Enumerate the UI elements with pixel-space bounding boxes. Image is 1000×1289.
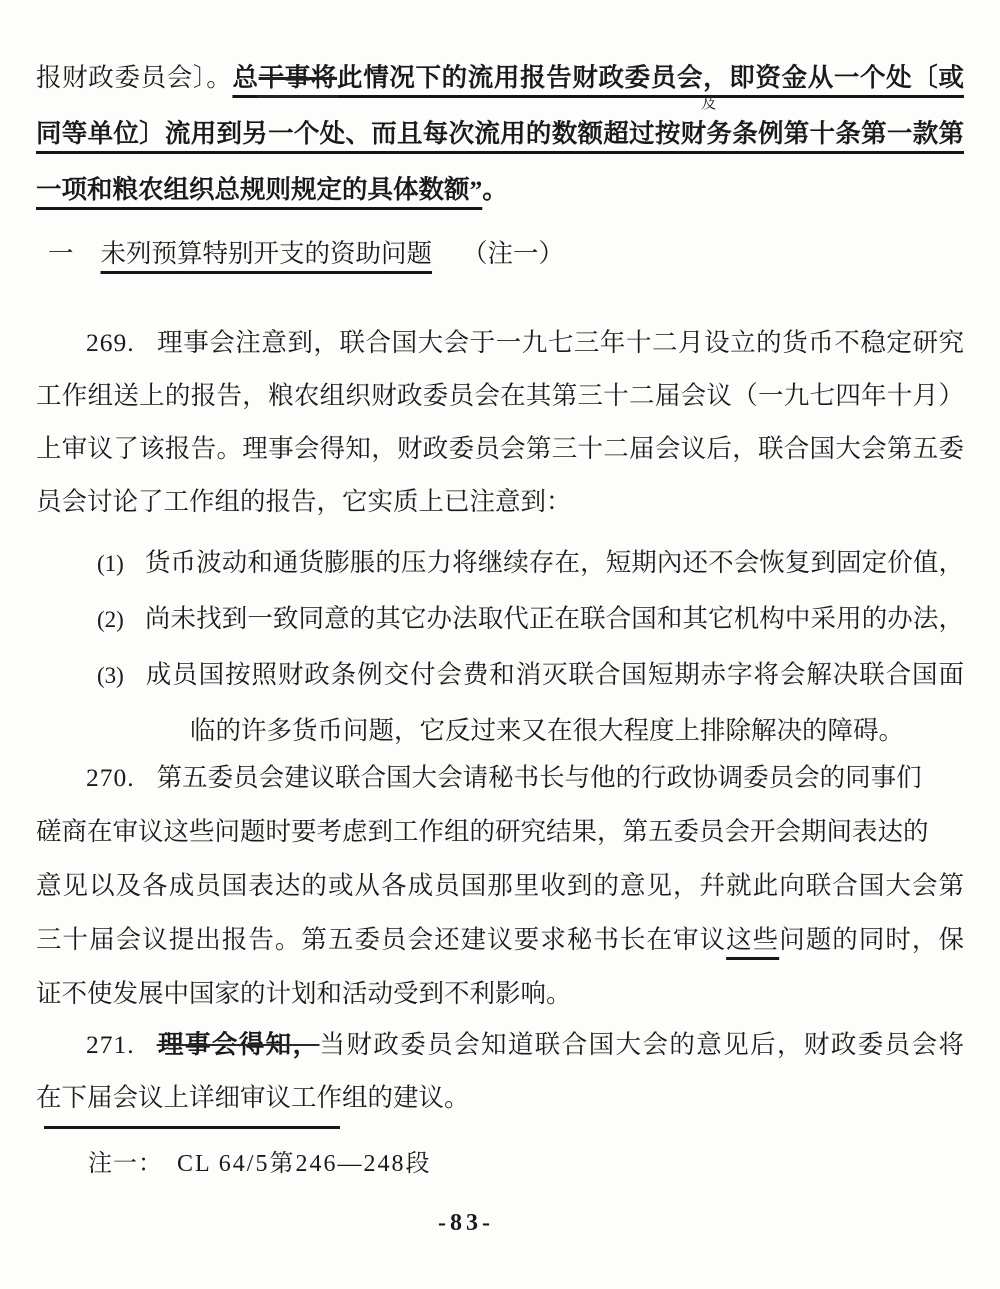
text-line: 工作组送上的报告，粮农组织财政委员会在其第三十二届会议（一九七四年十月）	[36, 369, 964, 422]
list-item: (2)尚未找到一致同意的其它办法取代正在联合国和其它机构中采用的办法，	[36, 591, 964, 647]
paragraph-number: 269.	[86, 328, 135, 357]
underlined-text: 此情况下的流用报告财政委员会，即资金从一个处〔或	[337, 63, 964, 92]
handwritten-annotation: 及	[701, 92, 716, 113]
text-segment: 理事会注意到，联合国大会于一九七三年十二月设立的货币不稳定研究	[157, 328, 964, 357]
text-segment: 在下届会议上详细审议工作组的建议。	[36, 1083, 470, 1112]
underlined-struck-text: 干事将	[259, 63, 337, 92]
paragraph-271: 271.理事会得知，当财政委员会知道联合国大会的意见后，财政委员会将 在下届会议…	[36, 1018, 964, 1124]
section-heading: 一未列预算特别开支的资助问题（注一）	[36, 226, 964, 282]
footnote-reference: （注一）	[462, 239, 564, 268]
text-line: 同等单位〕流用到另一个处、而且每次流用的数额超过按财务条例第十条第一款第	[36, 106, 964, 162]
paragraph-270: 270.第五委员会建议联合国大会请秘书长与他的行政协调委员会的同事们 磋商在审议…	[36, 751, 964, 1021]
list-item: (1)货币波动和通货膨脹的压力将继续存在，短期內还不会恢复到固定价值，	[36, 535, 964, 591]
text-segment: 证不使发展中国家的计划和活动受到不利影响。	[36, 979, 572, 1008]
underlined-text: 这些	[726, 925, 779, 954]
list-item-marker: (3)	[97, 663, 124, 688]
text-line: 上审议了该报告。理事会得知，财政委员会第三十二届会议后，联合国大会第五委	[36, 422, 964, 475]
underlined-text: 总	[232, 63, 258, 92]
text-line: 磋商在审议这些问题时要考虑到工作组的研究结果，第五委员会开会期间表达的	[36, 805, 964, 859]
footnote-separator	[44, 1126, 340, 1129]
paragraph-number: 270.	[86, 763, 135, 792]
text-segment: 第五委员会建议联合国大会请秘书长与他的行政协调委员会的同事们	[157, 763, 922, 792]
text-segment: 工作组送上的报告，粮农组织财政委员会在其第三十二届会议（一九七四年十月）	[36, 381, 964, 410]
footnote: 注一：CL 64/5第246—248段	[88, 1144, 431, 1184]
text-line: 报财政委员会〕。总干事将此情况下的流用报告财政委员会，即资金从一个处〔或	[36, 50, 964, 106]
text-segment: 磋商在审议这些问题时要考虑到工作组的研究结果，第五委员会开会期间表达的	[36, 817, 929, 846]
underlined-text: 同等单位〕流用到另一个处、而且每次流用的数额超过按财务条例第十条第一款第	[36, 119, 964, 148]
text-line: 270.第五委员会建议联合国大会请秘书长与他的行政协调委员会的同事们	[36, 751, 964, 805]
struck-text: 理事会得知，	[157, 1030, 320, 1059]
list-item-marker: (2)	[97, 607, 124, 632]
page-number: -83-	[378, 1210, 554, 1237]
footnote-label: 注一：	[88, 1151, 163, 1177]
text-segment: 成员国按照财政条例交付会费和消灭联合国短期赤字将会解决联合国面	[145, 660, 964, 689]
text-segment: 员会讨论了工作组的报告，它实质上已注意到：	[36, 487, 572, 516]
text-line: 三十届会议提出报告。第五委员会还建议要求秘书长在审议这些问题的同时，保	[36, 913, 964, 967]
text-segment: 尚未找到一致同意的其它办法取代正在联合国和其它机构中采用的办法，	[145, 604, 964, 633]
text-line: 证不使发展中国家的计划和活动受到不利影响。	[36, 967, 964, 1021]
text-segment: 问题的同时，保	[779, 925, 964, 954]
underlined-text: 一项和粮农组织总规则规定的具体数额”	[36, 175, 482, 204]
heading-title: 未列预算特别开支的资助问题	[101, 239, 433, 268]
text-line: 员会讨论了工作组的报告，它实质上已注意到：	[36, 475, 964, 528]
list-item-marker: (1)	[97, 551, 124, 576]
heading-line: 一未列预算特别开支的资助问题（注一）	[36, 226, 964, 282]
text-line: 271.理事会得知，当财政委员会知道联合国大会的意见后，财政委员会将	[36, 1018, 964, 1071]
list-item-continuation: 临的许多货币问题，它反过来又在很大程度上排除解决的障碍。	[36, 703, 964, 758]
document-page: 报财政委员会〕。总干事将此情况下的流用报告财政委员会，即资金从一个处〔或 同等单…	[0, 0, 1000, 1289]
text-segment: 临的许多货币问题，它反过来又在很大程度上排除解决的障碍。	[190, 716, 904, 745]
paragraph-269: 269.理事会注意到，联合国大会于一九七三年十二月设立的货币不稳定研究 工作组送…	[36, 316, 964, 528]
paragraph-intro: 报财政委员会〕。总干事将此情况下的流用报告财政委员会，即资金从一个处〔或 同等单…	[36, 50, 964, 218]
text-segment: 意见以及各成员国表达的或从各成员国那里收到的意见，幷就此向联合国大会第	[36, 871, 964, 900]
list-item: (3)成员国按照财政条例交付会费和消灭联合国短期赤字将会解决联合国面	[36, 647, 964, 703]
heading-marker: 一	[48, 239, 74, 268]
footnote-text: CL 64/5第246—248段	[177, 1151, 431, 1177]
text-segment: 三十届会议提出报告。第五委员会还建议要求秘书长在审议	[36, 925, 726, 954]
paragraph-number: 271.	[86, 1030, 135, 1059]
text-line: 在下届会议上详细审议工作组的建议。	[36, 1071, 964, 1124]
findings-list: (1)货币波动和通货膨脹的压力将继续存在，短期內还不会恢复到固定价值， (2)尚…	[36, 535, 964, 758]
text-line: 意见以及各成员国表达的或从各成员国那里收到的意见，幷就此向联合国大会第	[36, 859, 964, 913]
text-segment: 上审议了该报告。理事会得知，财政委员会第三十二届会议后，联合国大会第五委	[36, 434, 964, 463]
text-segment: 。	[482, 175, 508, 204]
text-segment: 报财政委员会〕。	[36, 63, 232, 92]
text-line: 一项和粮农组织总规则规定的具体数额”。	[36, 162, 964, 218]
text-segment: 货币波动和通货膨脹的压力将继续存在，短期內还不会恢复到固定价值，	[145, 548, 964, 577]
text-segment: 当财政委员会知道联合国大会的意见后，财政委员会将	[320, 1030, 964, 1059]
text-line: 269.理事会注意到，联合国大会于一九七三年十二月设立的货币不稳定研究	[36, 316, 964, 369]
